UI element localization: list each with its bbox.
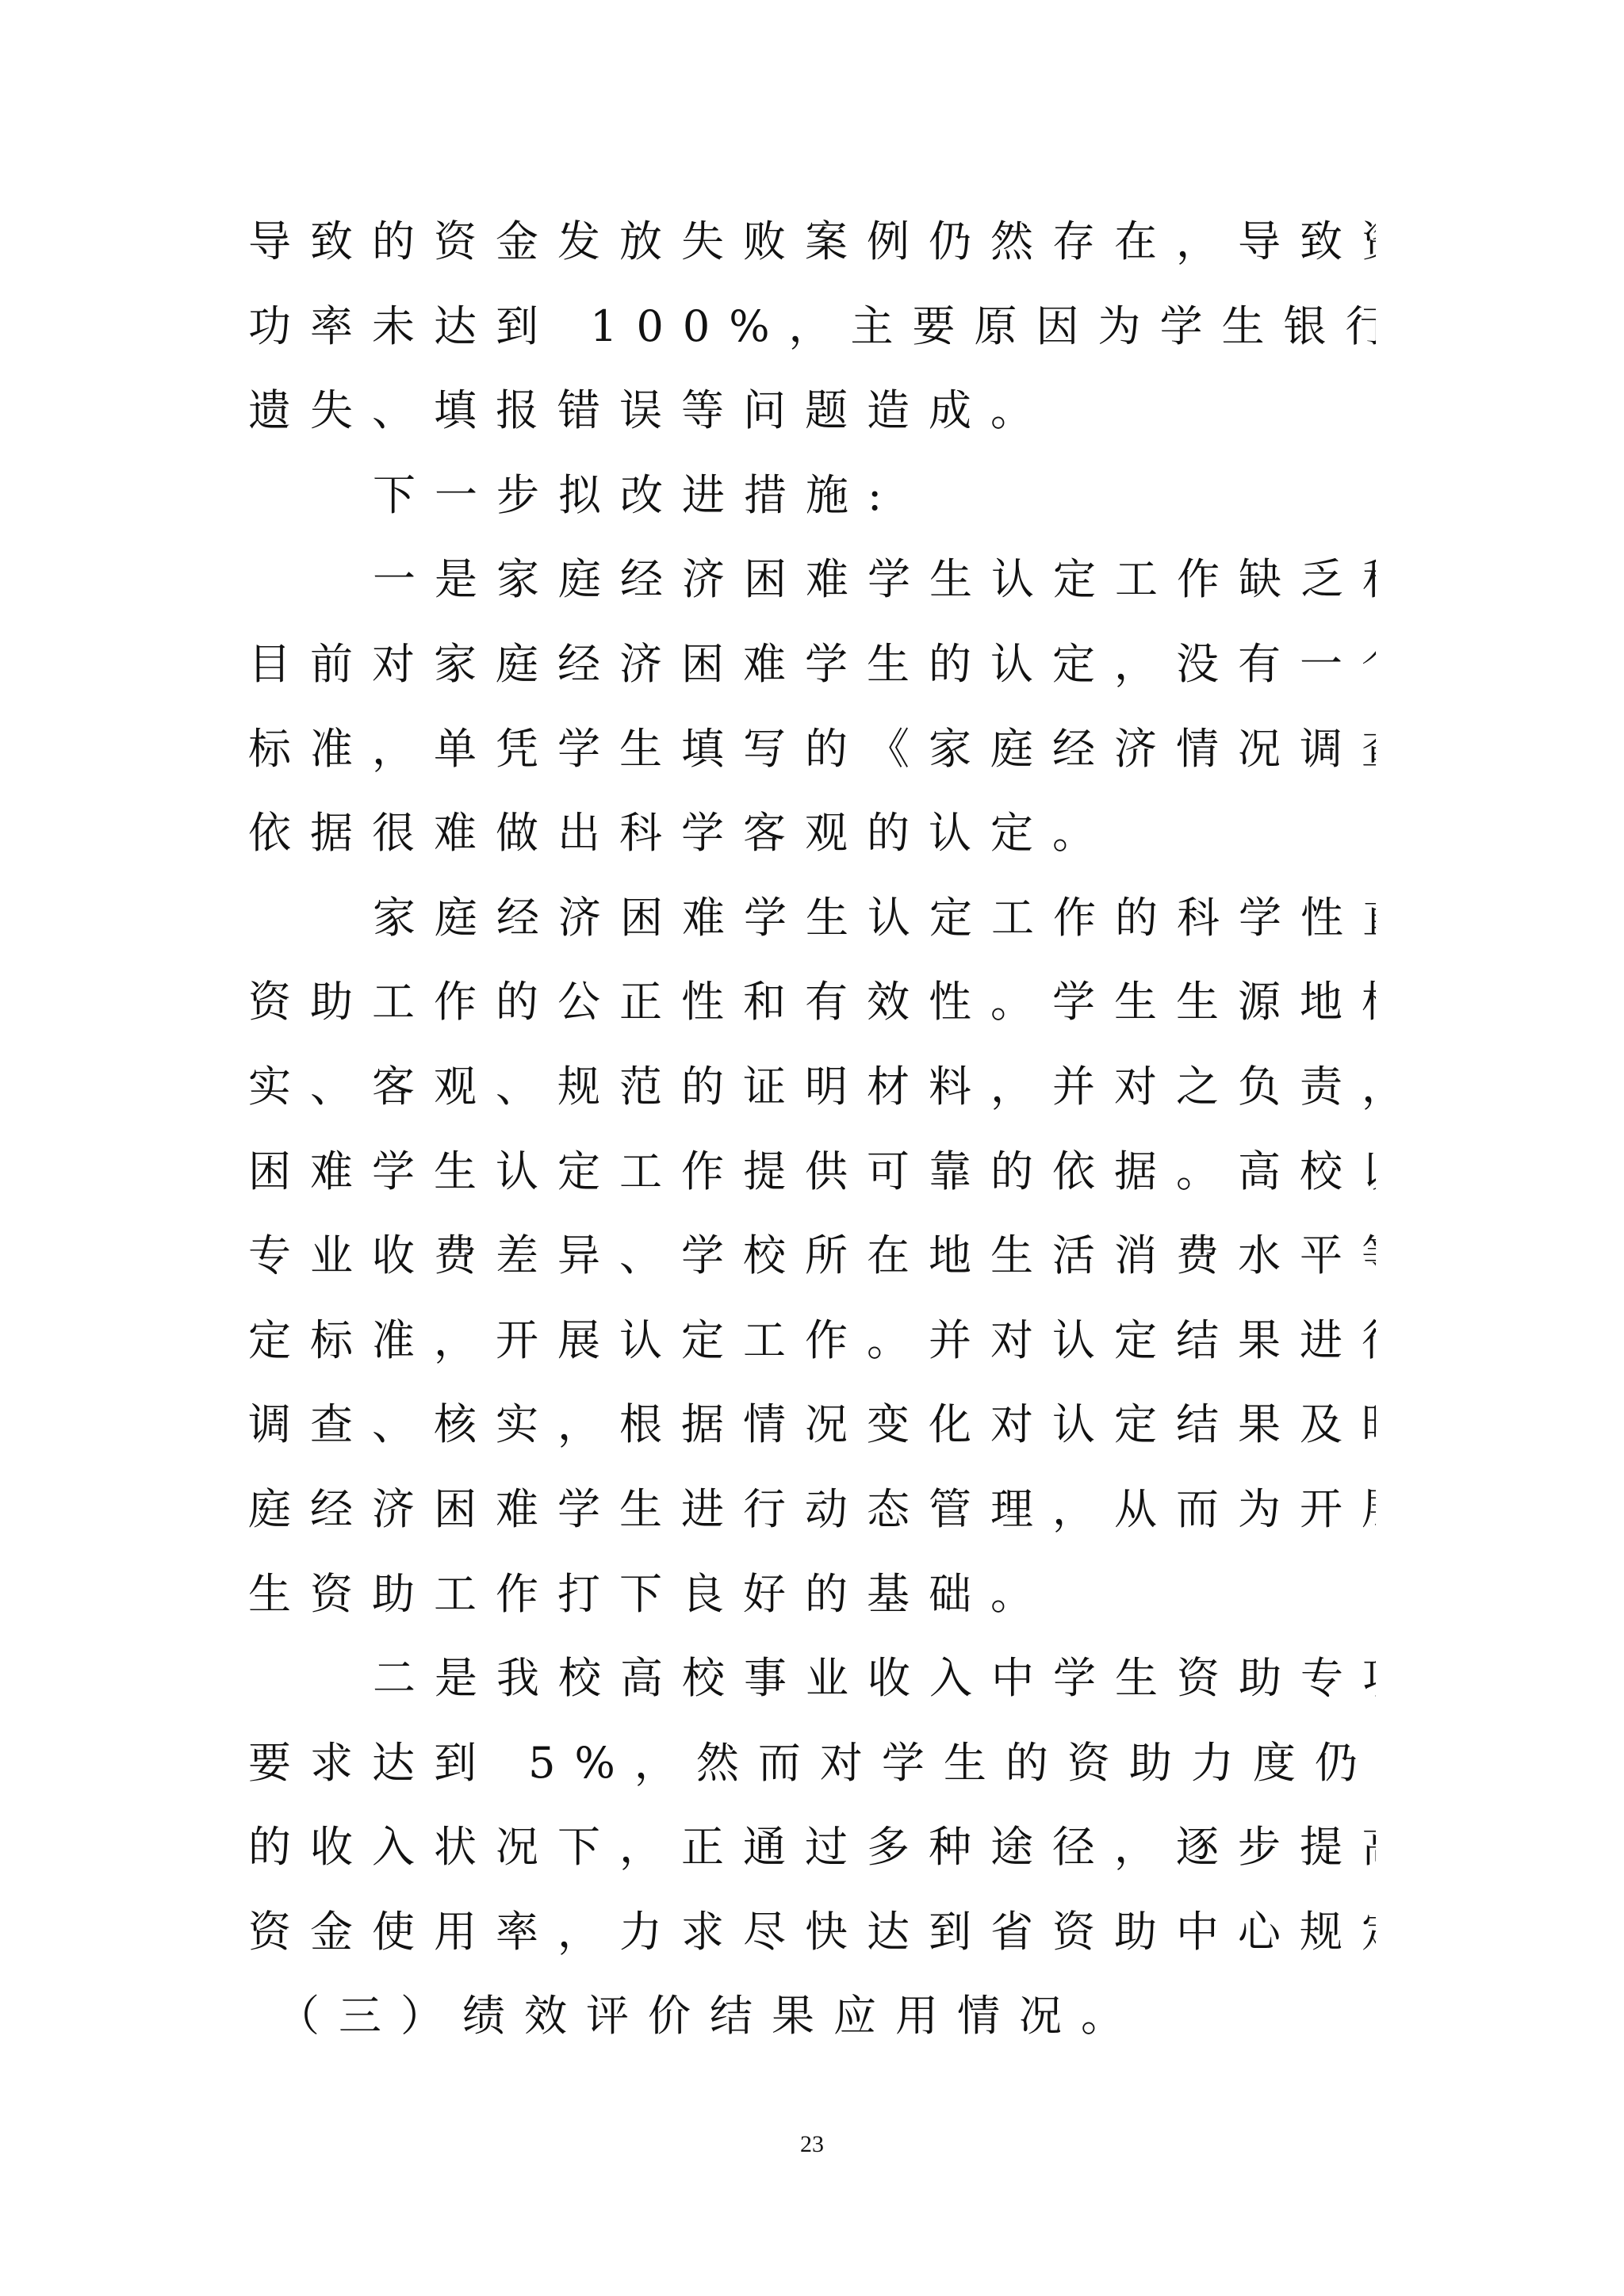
text-line: 调查、核实，根据情况变化对认定结果及时做出调整，对家 xyxy=(248,1383,1376,1468)
text-line: 的收入状况下，正通过多种途径，逐步提高学生资助工作的 xyxy=(248,1805,1376,1890)
text-line: 资助工作的公正性和有效性。学生生源地相关部门要出具真 xyxy=(248,960,1376,1045)
text-line: 一是家庭经济困难学生认定工作缺乏科学性、客观性。 xyxy=(248,538,1376,622)
text-line: 导致的资金发放失败案例仍然存在，导致资金一次性发放成 xyxy=(248,200,1376,285)
text-line: 资金使用率，力求尽快达到省资助中心规定的标准。 xyxy=(248,1890,1376,1975)
text-line: 标准，单凭学生填写的《家庭经济情况调查表》、承诺书为 xyxy=(248,707,1376,792)
text-line: 功率未达到 100%，主要原因为学生银行卡长期未使用冻结、 xyxy=(248,285,1376,369)
text-line: 二是我校高校事业收入中学生资助专项经费预算虽按 xyxy=(248,1636,1376,1721)
text-line: 庭经济困难学生进行动态管理，从而为开展家庭经济困难学 xyxy=(248,1468,1376,1552)
text-line: 困难学生认定工作提供可靠的依据。高校以此为依据，结合 xyxy=(248,1130,1376,1215)
section-heading: （三）绩效评价结果应用情况。 xyxy=(248,1974,1376,2059)
text-line: 生资助工作打下良好的基础。 xyxy=(248,1552,1376,1637)
section-label-next-steps: 下一步拟改进措施: xyxy=(248,453,1376,538)
text-line: 遗失、填报错误等问题造成。 xyxy=(248,369,1376,453)
text-line: 家庭经济困难学生认定工作的科学性直接关系到学生 xyxy=(248,876,1376,961)
body-text: 导致的资金发放失败案例仍然存在，导致资金一次性发放成 功率未达到 100%，主要… xyxy=(248,200,1376,2059)
text-line: 定标准，开展认定工作。并对认定结果进行定期、不定期的 xyxy=(248,1299,1376,1383)
text-line: 依据很难做出科学客观的认定。 xyxy=(248,791,1376,876)
text-line: 专业收费差异、学校所在地生活消费水平等具体情况制定认 xyxy=(248,1214,1376,1299)
text-line: 实、客观、规范的证明材料，并对之负责，为高校家庭经济 xyxy=(248,1045,1376,1130)
text-line: 要求达到 5%，然而对学生的资助力度仍显不足。学校在有限 xyxy=(248,1721,1376,1806)
page-number: 23 xyxy=(0,2131,1624,2158)
text-line: 目前对家庭经济困难学生的认定，没有一个统一的、量化的 xyxy=(248,622,1376,707)
document-page: 导致的资金发放失败案例仍然存在，导致资金一次性发放成 功率未达到 100%，主要… xyxy=(0,0,1624,2296)
